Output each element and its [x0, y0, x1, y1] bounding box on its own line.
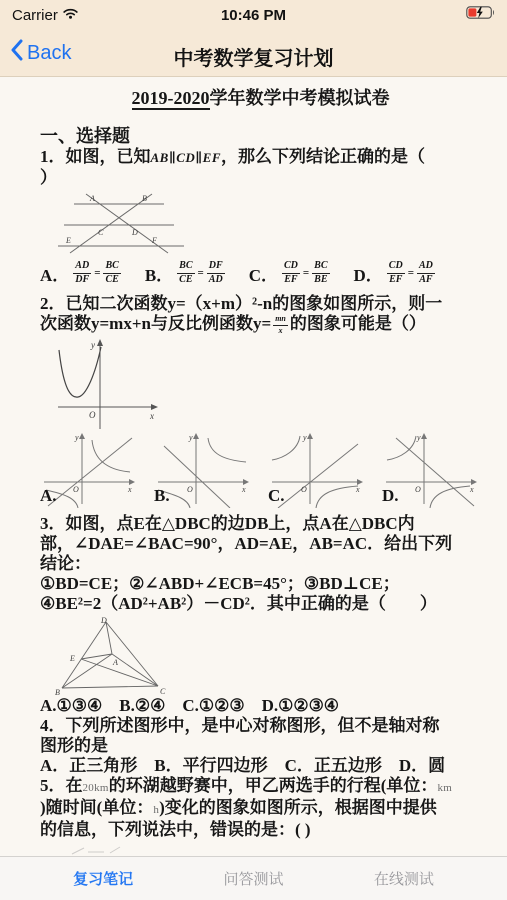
svg-text:F: F [151, 236, 157, 245]
q3-text-line3: 结论： [40, 554, 481, 574]
q1-option-a: A． ADDF = BCCE [40, 261, 123, 286]
q3-text-line2: 部，∠DAE=∠BAC=90°，AD=AE，AB=AC．给出下列 [40, 534, 481, 554]
header-bars: Carrier 10:46 PM [0, 0, 507, 77]
exam-document-scroll[interactable]: 2019-2020学年数学中考模拟试卷 一、选择题 1．如图，已知AB∥CD∥E… [0, 77, 507, 856]
exam-title-years: 2019-2020 [132, 88, 210, 110]
q5-text-line1: 5．在20km的环湖越野赛中，甲乙两选手的行程(单位：km [40, 776, 481, 798]
svg-text:y: y [74, 433, 79, 442]
q5-cutoff-figure [70, 844, 140, 856]
q4-text-line1: 4．下列所述图形中，是中心对称图形，但不是轴对称 [40, 716, 481, 736]
q2-text-line2: 次函数y=mx+n与反比例函数y=mnx的图象可能是（） [40, 314, 481, 335]
q2-graph-a: yxO A. [40, 430, 140, 508]
battery-icon [466, 6, 495, 24]
tab-review-notes[interactable]: 复习笔记 [73, 868, 133, 889]
q2-graph-b: yxO B. [154, 430, 254, 508]
q4-text-line2: 图形的是 [40, 736, 481, 756]
q5-text-line2: )随时间(单位：h)变化的图象如图所示，根据图中提供 [40, 798, 481, 820]
svg-text:C: C [160, 687, 166, 696]
svg-text:B: B [55, 688, 60, 696]
svg-text:y: y [188, 433, 193, 442]
svg-text:y: y [90, 340, 95, 350]
q4-answer-options: A．正三角形 B．平行四边形 C．正五边形 D．圆 [40, 756, 481, 776]
svg-text:x: x [469, 485, 474, 494]
svg-text:x: x [241, 485, 246, 494]
svg-text:x: x [149, 411, 154, 421]
q2-parabola-figure: y x O [52, 337, 167, 432]
section-heading: 一、选择题 [40, 125, 481, 147]
status-bar: Carrier 10:46 PM [0, 0, 507, 30]
exam-title: 2019-2020学年数学中考模拟试卷 [40, 87, 481, 109]
q1-inline-math: AB∥CD∥EF [151, 150, 222, 165]
q1-options: A． ADDF = BCCE B． BCCE = DFAD C． CDEF = … [40, 258, 481, 288]
bottom-tab-bar: 复习笔记 问答测试 在线测试 [0, 856, 507, 900]
q1-parallel-lines-figure: A B C D E F [56, 192, 188, 254]
q3-triangle-figure: D E A B C [54, 616, 174, 696]
q1-text-line1: 1．如图，已知AB∥CD∥EF，那么下列结论正确的是（ [40, 147, 481, 168]
q5-text-line3: 的信息，下列说法中，错误的是：( ) [40, 820, 481, 840]
q1-option-b: B． BCCE = DFAD [145, 261, 227, 286]
svg-text:O: O [89, 410, 96, 420]
q2-graph-d: yxO D. [382, 430, 482, 508]
exam-title-rest: 学年数学中考模拟试卷 [210, 88, 390, 108]
svg-text:A: A [89, 194, 95, 203]
q2-graph-c: yxO C. [268, 430, 368, 508]
tab-online-test[interactable]: 在线测试 [374, 868, 434, 889]
svg-text:B: B [142, 194, 147, 203]
q1-option-c: C． CDEF = BCBE [249, 261, 332, 286]
q2-graph-options: yxO A. yxO B. [40, 430, 481, 508]
q1-text-line2: ） [40, 168, 481, 188]
svg-text:x: x [127, 485, 132, 494]
q3-answer-options: A.①③④ B.②④ C.①②③ D.①②③④ [40, 696, 481, 716]
q3-text-line4: ①BD=CE；②∠ABD+∠ECB=45°；③BD⊥CE； [40, 574, 481, 594]
svg-text:D: D [100, 616, 107, 625]
svg-text:E: E [65, 236, 71, 245]
q2-fraction: mnx [273, 315, 288, 335]
q5-small-km: km [437, 782, 452, 794]
svg-text:E: E [69, 654, 75, 663]
svg-text:O: O [415, 485, 421, 494]
svg-text:O: O [187, 485, 193, 494]
q5-small-20km: 20km [83, 782, 109, 794]
svg-text:y: y [302, 433, 307, 442]
svg-text:C: C [98, 228, 104, 237]
clock: 10:46 PM [0, 7, 507, 24]
page-title: 中考数学复习计划 [0, 42, 507, 71]
svg-text:O: O [301, 485, 307, 494]
svg-text:O: O [73, 485, 79, 494]
svg-text:A: A [112, 658, 118, 667]
svg-text:y: y [416, 433, 421, 442]
svg-text:D: D [131, 228, 138, 237]
q2-text-line1: 2．已知二次函数y=（x+m）²-n的图象如图所示，则一 [40, 294, 481, 314]
q3-text-line1: 3．如图，点E在△DBC的边DB上，点A在△DBC内 [40, 514, 481, 534]
svg-text:x: x [355, 485, 360, 494]
nav-bar: Back 中考数学复习计划 [0, 30, 507, 76]
q3-text-line5: ④BE²=2（AD²+AB²）－CD²．其中正确的是（ ） [40, 594, 481, 614]
q1-option-d: D． CDEF = ADAF [354, 261, 437, 286]
tab-qa-test[interactable]: 问答测试 [223, 868, 283, 889]
